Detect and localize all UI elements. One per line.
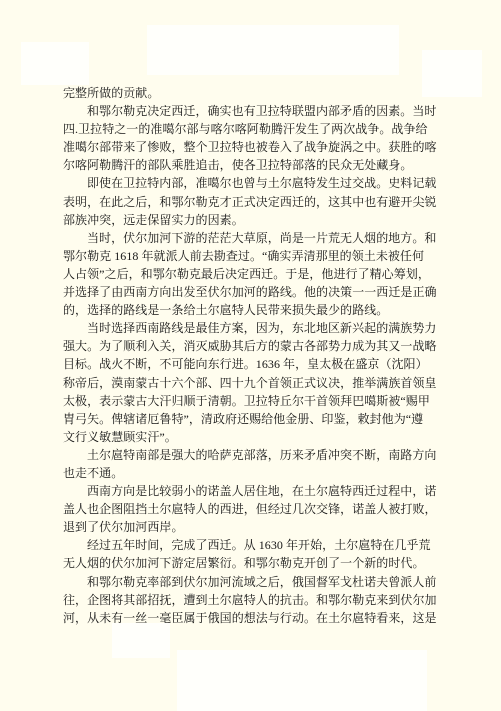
- text-line: 四.卫拉特之一的准噶尔部与喀尔喀阿勒腾汗发生了两次战争。战争给: [63, 120, 443, 138]
- text-line: 当时，伏尔加河下游的茫茫大草原，尚是一片荒无人烟的地方。和: [63, 229, 443, 247]
- text-line: 和鄂尔勒克率部到伏尔加河流域之后，俄国督军戈杜诺夫曾派人前: [63, 573, 443, 591]
- text-line: 西南方向是比较弱小的诺盖人居住地，在土尔扈特西迁过程中，诺: [63, 482, 443, 500]
- text-line: 完整所做的贡献。: [63, 84, 443, 102]
- text-line: 河，从未有一丝一毫臣属于俄国的想法与行动。在土尔扈特看来，这是: [63, 609, 443, 627]
- text-line: 目标。战火不断，不可能向东行进。1636 年，皇太极在盛京（沈阳）: [63, 355, 443, 373]
- text-line: 鄂尔勒克 1618 年就派人前去勘查过。“确实弄清那里的领土未被任何: [63, 247, 443, 265]
- text-line: 无人烟的伏尔加河下游定居繁衍。和鄂尔勒克开创了一个新的时代。: [63, 554, 443, 572]
- scan-artifact-patch: [21, 42, 89, 85]
- text-line: 经过五年时间，完成了西迁。从 1630 年开始，土尔扈特在几乎荒: [63, 536, 443, 554]
- text-line: 退到了伏尔加河西岸。: [63, 518, 443, 536]
- text-line: 强大。为了顺利入关，消灭威胁其后方的蒙古各部势力成为其又一战略: [63, 337, 443, 355]
- text-line: 也走不通。: [63, 464, 443, 482]
- text-line: 尔喀阿勒腾汗的部队乘胜追击，使各卫拉特部落的民众无处藏身。: [63, 156, 443, 174]
- scan-artifact-patch: [147, 25, 399, 75]
- text-line: 并选择了由西南方向出发至伏尔加河的路线。他的决策一一西迁是正确: [63, 283, 443, 301]
- text-line: 和鄂尔勒克决定西迁，确实也有卫拉特联盟内部矛盾的因素。当时: [63, 102, 443, 120]
- text-line: 胄弓矢。俾辖诸厄鲁特”，清政府还赐给他金册、印鉴，敕封他为“遵: [63, 410, 443, 428]
- text-line: 人占领”之后，和鄂尔勒克最后决定西迁。于是，他进行了精心筹划，: [63, 265, 443, 283]
- text-line: 表明，在此之后，和鄂尔勒克才正式决定西迁的，这其中也有避开尖锐: [63, 193, 443, 211]
- scan-artifact-patch: [112, 623, 170, 658]
- text-line: 文行义敏慧顾实汗”。: [63, 428, 443, 446]
- text-line: 即使在卫拉特内部，准噶尔也曾与土尔扈特发生过交战。史料记载: [63, 174, 443, 192]
- text-line: 的，选择的路线是一条给土尔扈特人民带来损失最少的路线。: [63, 301, 443, 319]
- text-line: 称帝后，漠南蒙古十六个部、四十九个首领正式议决，推举满族首领皇: [63, 374, 443, 392]
- text-line: 太极，表示蒙古大汗归顺于清朝。卫拉特丘尔干首领拜巴噶斯被“赐甲: [63, 392, 443, 410]
- text-line: 土尔扈特南部是强大的哈萨克部落，历来矛盾冲突不断，南路方向: [63, 446, 443, 464]
- text-line: 往，企图将其部招抚，遭到土尔扈特人的抗击。和鄂尔勒克来到伏尔加: [63, 591, 443, 609]
- scanned-book-page: { "page": { "bg_color": "#fffdee", "patc…: [0, 0, 501, 711]
- document-text-block: 完整所做的贡献。和鄂尔勒克决定西迁，确实也有卫拉特联盟内部矛盾的因素。当时四.卫…: [63, 84, 443, 627]
- text-line: 当时选择西南路线是最佳方案，因为，东北地区新兴起的满族势力: [63, 319, 443, 337]
- scan-page: 完整所做的贡献。和鄂尔勒克决定西迁，确实也有卫拉特联盟内部矛盾的因素。当时四.卫…: [0, 0, 501, 711]
- text-line: 准噶尔部带来了惨败，整个卫拉特也被卷入了战争旋涡之中。获胜的喀: [63, 138, 443, 156]
- text-line: 盖人也企图阻挡土尔扈特人的西进，但经过几次交锋，诺盖人被打败，: [63, 500, 443, 518]
- scan-artifact-patch: [177, 650, 427, 711]
- text-line: 部族冲突，远走保留实力的因素。: [63, 211, 443, 229]
